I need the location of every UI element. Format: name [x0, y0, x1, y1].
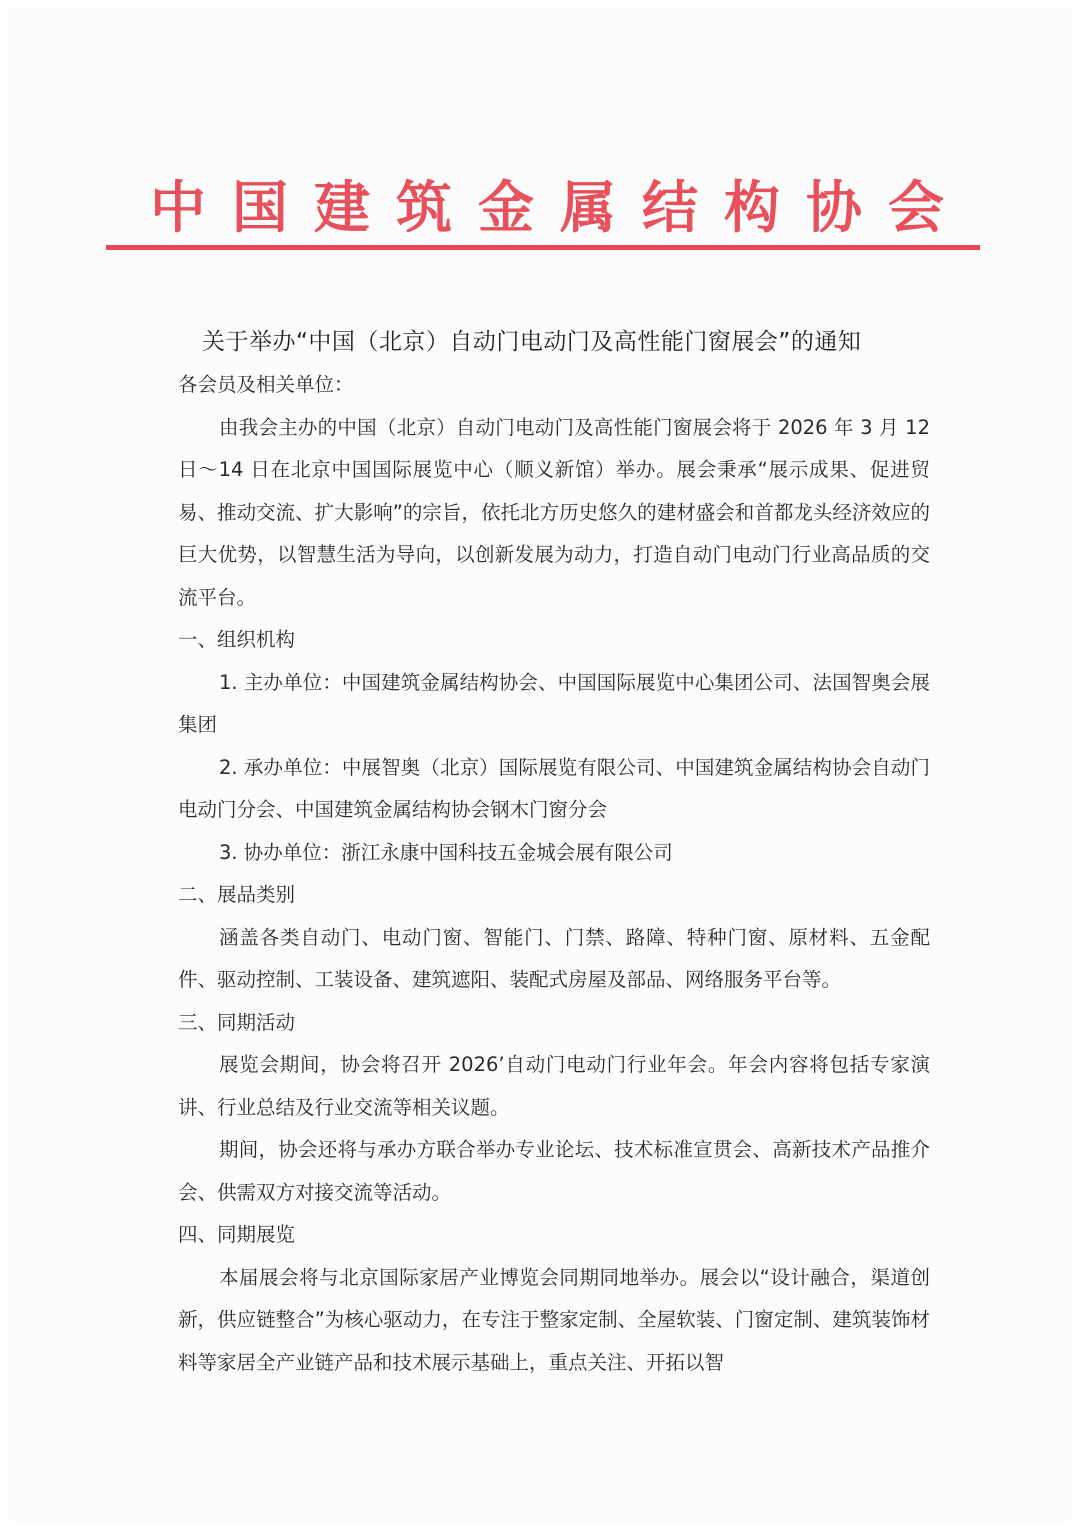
concurrent-exhibitions-paragraph: 本届展会将与北京国际家居产业博览会同期同地举办。展会以“设计融合，渠道创新，供应…	[178, 1257, 930, 1385]
letterhead-divider	[106, 245, 980, 250]
letterhead: 中国建筑金属结构协会	[0, 168, 1080, 248]
organization-name: 中国建筑金属结构协会	[40, 168, 1080, 248]
section-heading-concurrent-exhibitions: 四、同期展览	[178, 1214, 930, 1257]
intro-paragraph: 由我会主办的中国（北京）自动门电动门及高性能门窗展会将于 2026 年 3 月 …	[178, 407, 930, 620]
salutation: 各会员及相关单位：	[178, 364, 930, 407]
exhibit-categories-paragraph: 涵盖各类自动门、电动门窗、智能门、门禁、路障、特种门窗、原材料、五金配件、驱动控…	[178, 917, 930, 1002]
organizer-coorganizer: 3. 协办单位：浙江永康中国科技五金城会展有限公司	[178, 832, 930, 875]
document-body: 关于举办“中国（北京）自动门电动门及高性能门窗展会”的通知 各会员及相关单位： …	[178, 320, 930, 1384]
document-title: 关于举办“中国（北京）自动门电动门及高性能门窗展会”的通知	[202, 320, 930, 364]
section-heading-organization: 一、组织机构	[178, 619, 930, 662]
section-heading-exhibit-categories: 二、展品类别	[178, 874, 930, 917]
section-heading-concurrent-events: 三、同期活动	[178, 1002, 930, 1045]
concurrent-events-paragraph-2: 期间，协会还将与承办方联合举办专业论坛、技术标准宣贯会、高新技术产品推介会、供需…	[178, 1129, 930, 1214]
organizer-host: 1. 主办单位：中国建筑金属结构协会、中国国际展览中心集团公司、法国智奥会展集团	[178, 662, 930, 747]
concurrent-events-paragraph-1: 展览会期间，协会将召开 2026’自动门电动门行业年会。年会内容将包括专家演讲、…	[178, 1044, 930, 1129]
organizer-undertaker: 2. 承办单位：中展智奥（北京）国际展览有限公司、中国建筑金属结构协会自动门电动…	[178, 747, 930, 832]
